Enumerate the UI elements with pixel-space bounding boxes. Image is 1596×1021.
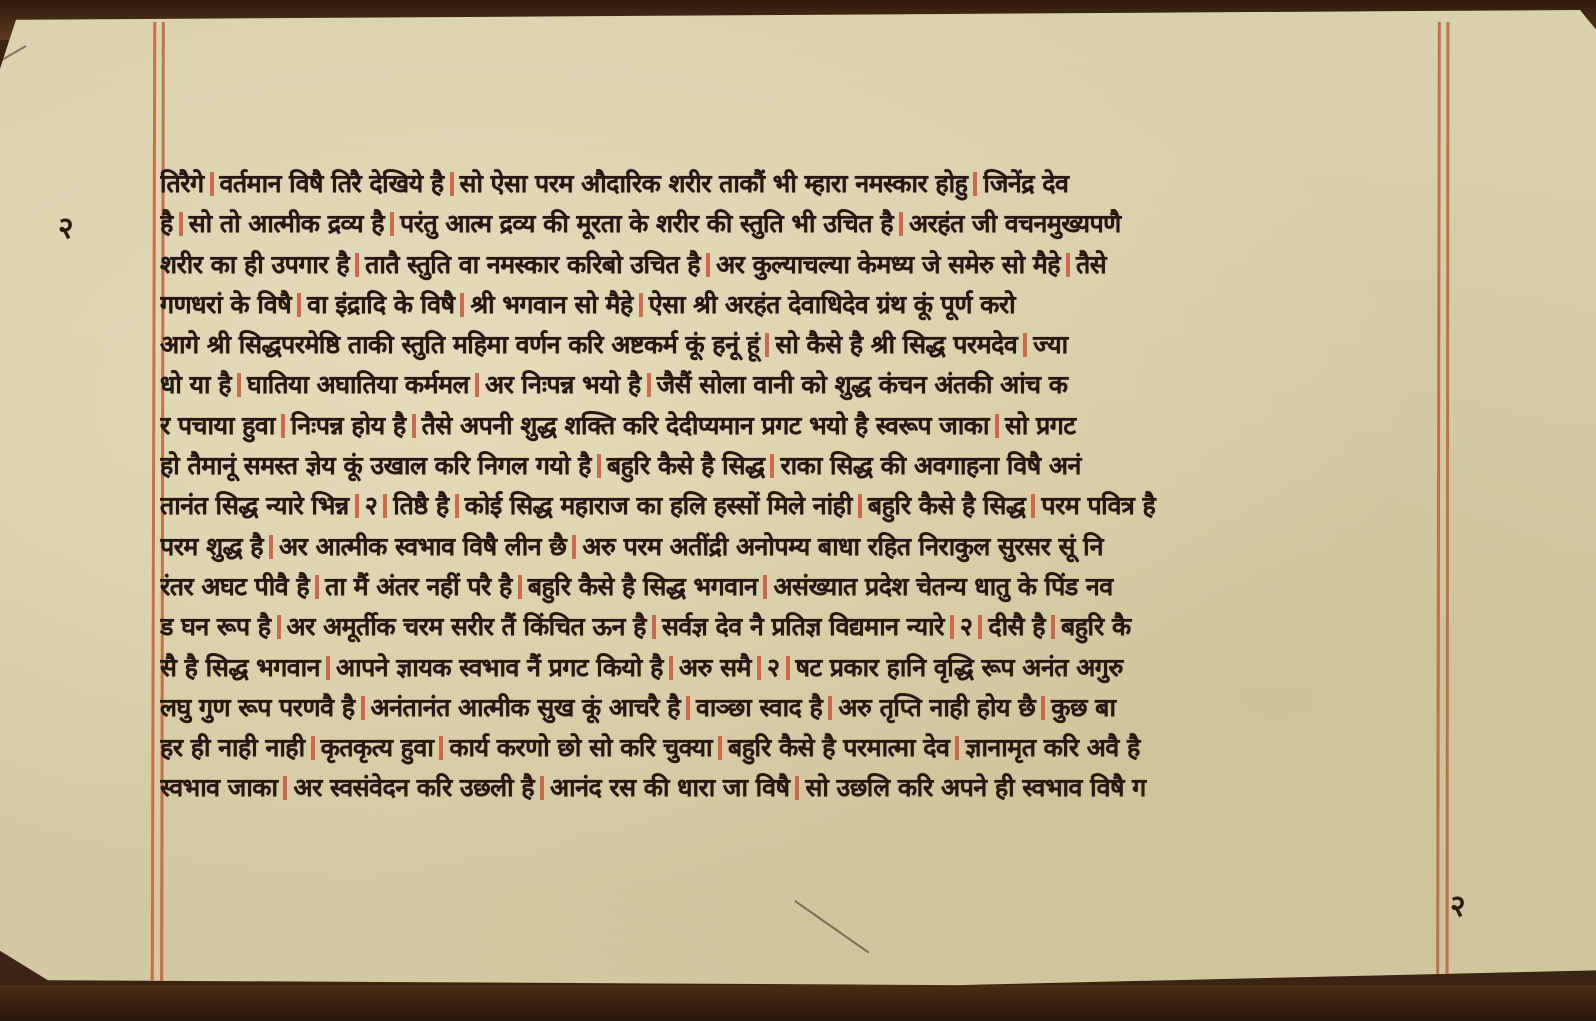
manuscript-line: आगे श्री सिद्धपरमेष्ठि ताकी स्तुति महिमा… (160, 325, 1442, 365)
manuscript-folio: २ २ तिरैगेवर्तमान विषै तिरै देखिये हैसो … (0, 10, 1596, 990)
folio-number-left: २ (58, 206, 74, 247)
text-segment: कुछ बा (1051, 693, 1115, 722)
text-segment: जैसैं सोला वानी को शुद्ध कंचन अंतकी आंच … (657, 370, 1068, 399)
text-segment: तिरैगे (160, 169, 204, 198)
text-segment: अर आत्मीक स्वभाव विषै लीन छै (279, 532, 566, 561)
red-danda-mark (765, 333, 769, 357)
text-segment: तातै स्तुति वा नमस्कार करिबो उचित है (365, 250, 700, 279)
red-danda-mark (281, 414, 285, 438)
text-segment: सो कैसे है श्री सिद्ध परमदेव (775, 330, 1017, 359)
text-segment: बहुरि कै (1061, 612, 1131, 641)
manuscript-line: हैसो तो आत्मीक द्रव्य हैपरंतु आत्म द्रव्… (160, 204, 1442, 244)
text-segment: परम पवित्र है (1041, 491, 1155, 520)
text-segment: सो प्रगट (1005, 411, 1075, 440)
red-danda-mark (277, 615, 281, 639)
text-segment: तिष्ठै है (393, 491, 448, 520)
text-segment: बहुरि कैसे है सिद्ध (607, 451, 765, 480)
manuscript-line: तानंत सिद्ध न्यारे भिन्न२तिष्ठै हैकोई सि… (160, 486, 1442, 526)
text-segment: वर्तमान विषै तिरै देखिये है (220, 169, 444, 198)
manuscript-line: लघु गुण रूप परणवै हैअनंतानंत आत्मीक सुख … (160, 688, 1442, 728)
text-segment: तैसे अपनी शुद्ध शक्ति करि देदीप्यमान प्र… (422, 411, 989, 440)
text-segment: सर्वज्ञ देव नै प्रतिज्ञ विद्यमान न्यारे (662, 612, 944, 641)
text-segment: अर अमूर्तीक चरम सरीर तैं किंचित ऊन है (287, 612, 646, 641)
manuscript-line: धो या हैघातिया अघातिया कर्ममलअर निःपन्न … (160, 365, 1442, 405)
red-danda-mark (390, 212, 394, 236)
text-segment: कृतकृत्य हुवा (321, 733, 434, 762)
text-segment: ता मैं अंतर नहीं परै है (325, 572, 512, 601)
red-danda-mark (795, 776, 799, 800)
text-segment: अर कुल्याचल्या केमध्य जे समेरु सो मैहे (716, 250, 1060, 279)
manuscript-line: स्वभाव जाकाअर स्वसंवेदन करि उछली हैआनंद … (160, 768, 1442, 808)
red-danda-mark (955, 736, 959, 760)
manuscript-line: ड घन रूप हैअर अमूर्तीक चरम सरीर तैं किंच… (160, 607, 1442, 647)
manuscript-line: रंतर अघट पीवै हैता मैं अंतर नहीं परै हैब… (160, 567, 1442, 607)
red-danda-mark (269, 535, 273, 559)
red-danda-mark (770, 454, 774, 478)
text-segment: अर स्वसंवेदन करि उछली है (293, 773, 534, 802)
red-danda-mark (639, 293, 643, 317)
text-segment: बहुरि कैसे है सिद्ध भगवान (528, 572, 758, 601)
red-danda-mark (858, 494, 862, 518)
manuscript-line: सै है सिद्ध भगवानआपने ज्ञायक स्वभाव नैं … (160, 648, 1442, 688)
text-segment: ज्या (1033, 330, 1067, 359)
red-danda-mark (706, 253, 710, 277)
text-segment: सो तो आत्मीक द्रव्य है (189, 209, 384, 238)
left-margin-rule-outer (151, 22, 157, 987)
red-danda-mark (669, 656, 673, 680)
red-danda-mark (460, 293, 464, 317)
red-danda-mark (283, 776, 287, 800)
text-segment: शरीर का ही उपगार है (160, 250, 349, 279)
text-segment: आनंद रस की धारा जा विषै (550, 773, 789, 802)
text-segment: धो या है (160, 370, 231, 399)
red-danda-mark (475, 373, 479, 397)
text-segment: दीसै है (988, 612, 1045, 641)
red-danda-mark (978, 615, 982, 639)
red-danda-mark (718, 736, 722, 760)
red-danda-mark (540, 776, 544, 800)
manuscript-line: तिरैगेवर्तमान विषै तिरै देखिये हैसो ऐसा … (160, 164, 1442, 204)
text-segment: अरु तृप्ति नाही होय छै (838, 693, 1035, 722)
red-danda-mark (355, 494, 359, 518)
text-segment: ज्ञानामृत करि अवै है (965, 733, 1139, 762)
red-danda-mark (315, 575, 319, 599)
text-segment: राका सिद्ध की अवगाहना विषै अनं (780, 451, 1080, 480)
text-segment: जिनेंद्र देव (983, 169, 1068, 198)
text-segment: र पचाया हुवा (160, 411, 275, 440)
red-danda-mark (297, 293, 301, 317)
manuscript-line: हर ही नाही नाहीकृतकृत्य हुवाकार्य करणो छ… (160, 728, 1442, 768)
red-danda-mark (1051, 615, 1055, 639)
red-danda-mark (597, 454, 601, 478)
text-segment: हर ही नाही नाही (160, 733, 305, 762)
red-danda-mark (518, 575, 522, 599)
manuscript-line: परम शुद्ध हैअर आत्मीक स्वभाव विषै लीन छै… (160, 527, 1442, 567)
manuscript-text-block: तिरैगेवर्तमान विषै तिरै देखिये हैसो ऐसा … (160, 164, 1442, 809)
red-danda-mark (361, 696, 365, 720)
text-segment: परम शुद्ध है (160, 532, 263, 561)
text-segment: आपने ज्ञायक स्वभाव नैं प्रगट कियो है (336, 653, 663, 682)
red-danda-mark (355, 253, 359, 277)
red-danda-mark (1066, 253, 1070, 277)
text-segment: हो तैमानूं समस्त ज्ञेय कूं उखाल करि निगल… (160, 451, 591, 480)
text-segment: अरहंत जी वचनमुख्यपणै (909, 209, 1121, 238)
text-segment: गणधरां के विषै (160, 290, 291, 319)
text-segment: कार्य करणो छो सो करि चुक्या (449, 733, 712, 762)
red-danda-mark (210, 172, 214, 196)
red-danda-mark (973, 172, 977, 196)
manuscript-line: र पचाया हुवानिःपन्न होय हैतैसे अपनी शुद्… (160, 406, 1442, 446)
text-segment: कोई सिद्ध महाराज का हलि हस्सों मिले नांह… (465, 491, 852, 520)
folio-number-right: २ (1450, 884, 1466, 925)
right-margin-rule-outer (1446, 22, 1450, 992)
red-danda-mark (455, 494, 459, 518)
text-segment: अनंतानंत आत्मीक सुख कूं आचरै है (371, 693, 681, 722)
red-danda-mark (450, 172, 454, 196)
text-segment: बहुरि कैसे है परमात्मा देव (728, 733, 949, 762)
red-danda-mark (950, 615, 954, 639)
text-segment: परंतु आत्म द्रव्य की मूरता के शरीर की स्… (400, 209, 893, 238)
text-segment: अरु समै (679, 653, 751, 682)
red-danda-mark (1023, 333, 1027, 357)
text-segment: तैसे (1076, 250, 1106, 279)
text-segment: स्वभाव जाका (160, 773, 277, 802)
red-danda-mark (828, 696, 832, 720)
text-segment: आगे श्री सिद्धपरमेष्ठि ताकी स्तुति महिमा… (160, 330, 759, 359)
red-danda-mark (1041, 696, 1045, 720)
red-danda-mark (383, 494, 387, 518)
red-danda-mark (326, 656, 330, 680)
text-segment: वा इंद्रादि के विषै (307, 290, 454, 319)
text-segment: सै है सिद्ध भगवान (160, 653, 320, 682)
text-segment: २ (365, 491, 378, 520)
manuscript-line: गणधरां के विषैवा इंद्रादि के विषैश्री भग… (160, 285, 1442, 325)
paper-scratch-mark (0, 45, 26, 62)
text-segment: श्री भगवान सो मैहे (470, 290, 632, 319)
manuscript-line: शरीर का ही उपगार हैतातै स्तुति वा नमस्का… (160, 245, 1442, 285)
text-segment: असंख्यात प्रदेश चेतन्य धातु के पिंड नव (773, 572, 1112, 601)
text-segment: सो उछलि करि अपने ही स्वभाव विषै ग (805, 773, 1145, 802)
text-segment: अरु परम अतींद्री अनोपम्य बाधा रहित निराक… (582, 532, 1103, 561)
text-segment: २ (960, 612, 973, 641)
red-danda-mark (763, 575, 767, 599)
red-danda-mark (311, 736, 315, 760)
paper-scratch-mark (794, 900, 869, 953)
red-danda-mark (439, 736, 443, 760)
red-danda-mark (786, 656, 790, 680)
red-danda-mark (899, 212, 903, 236)
text-segment: तानंत सिद्ध न्यारे भिन्न (160, 491, 349, 520)
text-segment: २ (767, 653, 780, 682)
red-danda-mark (647, 373, 651, 397)
red-danda-mark (179, 212, 183, 236)
manuscript-line: हो तैमानूं समस्त ज्ञेय कूं उखाल करि निगल… (160, 446, 1442, 486)
red-danda-mark (1031, 494, 1035, 518)
text-segment: अर निःपन्न भयो है (485, 370, 641, 399)
text-segment: सो ऐसा परम औदारिक शरीर ताकौं भी म्हारा न… (460, 169, 968, 198)
red-danda-mark (412, 414, 416, 438)
text-segment: बहुरि कैसे है सिद्ध (868, 491, 1026, 520)
text-segment: वाञ्छा स्वाद है (696, 693, 822, 722)
red-danda-mark (237, 373, 241, 397)
background-surface-bottom (0, 985, 1596, 1021)
red-danda-mark (757, 656, 761, 680)
text-segment: ड घन रूप है (160, 612, 271, 641)
text-segment: लघु गुण रूप परणवै है (160, 693, 355, 722)
text-segment: निःपन्न होय है (291, 411, 406, 440)
red-danda-mark (995, 414, 999, 438)
text-segment: ऐसा श्री अरहंत देवाधिदेव ग्रंथ कूं पूर्ण… (649, 290, 1015, 319)
text-segment: घातिया अघातिया कर्ममल (247, 370, 469, 399)
red-danda-mark (572, 535, 576, 559)
red-danda-mark (652, 615, 656, 639)
text-segment: षट प्रकार हानि वृद्धि रूप अनंत अगुरु (796, 653, 1123, 682)
text-segment: रंतर अघट पीवै है (160, 572, 309, 601)
text-segment: है (160, 209, 173, 238)
red-danda-mark (686, 696, 690, 720)
